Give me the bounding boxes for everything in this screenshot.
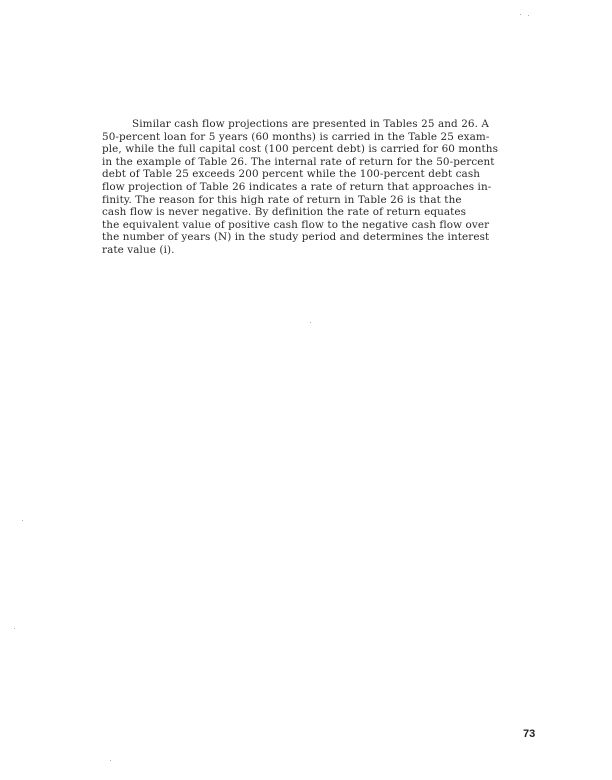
scan-speck (110, 760, 111, 761)
paragraph-line: cash flow is never negative. By definiti… (102, 206, 557, 219)
scan-speck (22, 520, 23, 521)
paragraph-line: the equivalent value of positive cash fl… (102, 219, 557, 232)
scan-speck (14, 628, 15, 629)
paragraph-line: debt of Table 25 exceeds 200 percent whi… (102, 168, 557, 181)
scan-speck (528, 15, 529, 16)
paragraph-line: 50-percent loan for 5 years (60 months) … (102, 131, 557, 144)
paragraph-line: ple, while the full capital cost (100 pe… (102, 143, 557, 156)
paragraph-line: the number of years (N) in the study per… (102, 231, 557, 244)
paragraph-line: flow projection of Table 26 indicates a … (102, 181, 557, 194)
scan-speck (520, 14, 521, 15)
scan-speck (310, 322, 311, 323)
paragraph-line: finity. The reason for this high rate of… (102, 194, 557, 207)
body-paragraph: Similar cash flow projections are presen… (102, 118, 557, 257)
paragraph-line: in the example of Table 26. The internal… (102, 156, 557, 169)
document-page: Similar cash flow projections are presen… (0, 0, 612, 780)
paragraph-line: rate value (i). (102, 244, 557, 257)
paragraph-line: Similar cash flow projections are presen… (102, 118, 557, 131)
page-number: 73 (523, 728, 535, 740)
